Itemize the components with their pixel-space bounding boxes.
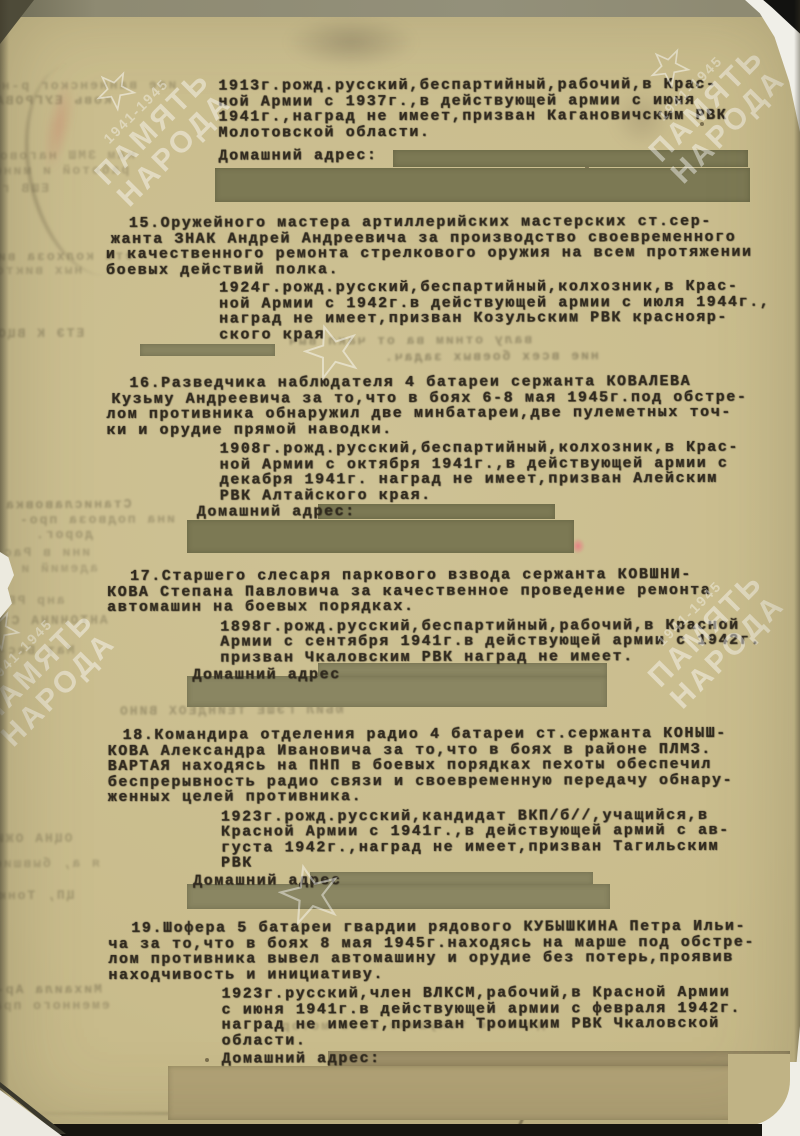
entry-17: 17.Старшего слесаря паркового взвода сер… [2,567,800,684]
home-address-label: Домашний адрес: [197,503,800,521]
bleedthrough-text: ЦП, Тоню [0,888,74,904]
paper-right-edge [794,0,800,1136]
entry-16: 16.Разведчика наблюдателя 4 батареи серж… [1,374,800,521]
text-line: призван Чкаловским РВК наград не имеет. [220,648,800,666]
text-line: ского края [219,325,800,343]
home-address-label: Домашний адрес: [222,1050,800,1068]
scan-bottom-edge [0,1124,762,1136]
text-line: автомашин на боевых порядках. [107,598,800,616]
redaction-block [168,1066,757,1120]
home-address-label: Домашний адрес: [219,147,800,165]
scan-top-edge [0,0,800,17]
redaction-block [215,168,750,202]
text-line: РВК [221,854,800,872]
redaction-block [187,520,574,553]
document-page: иле ванненског р-не ковь ЕУГРОВА нам ЗМШ… [0,0,800,1136]
bleedthrough-text: ние всех боевых задач. [383,348,599,365]
text-line: боевых действий полка. [106,260,800,278]
entry-19: 19.Шофера 5 батареи гвардии рядового КУБ… [3,919,800,1068]
redaction-bar [140,344,275,356]
text-line: находчивость и инициативу. [108,965,800,983]
home-address-label: Домашний адрес [192,666,800,684]
text-line: РВК Алтайского края. [220,486,800,504]
entry-18: 18.Командира отделения радио 4 батареи с… [3,726,800,890]
bleedthrough-text: ини в Рас- [0,545,90,561]
home-address-label: Домашний адрес [193,871,800,889]
text-line: Молотовской области. [218,123,800,141]
text-line: ки и орудие прямой наводки. [106,420,800,438]
entry-15: 15.Оружейного мастера артиллерийских мас… [1,214,800,344]
entry-14-continuation: 1913г.рожд.русский,беспартийный,рабочий,… [0,77,800,165]
grey-smudge [286,16,416,68]
text-line: женных целей противника. [108,788,800,806]
text-line: области. [222,1031,800,1049]
bleedthrough-text: дорог. [34,527,93,542]
